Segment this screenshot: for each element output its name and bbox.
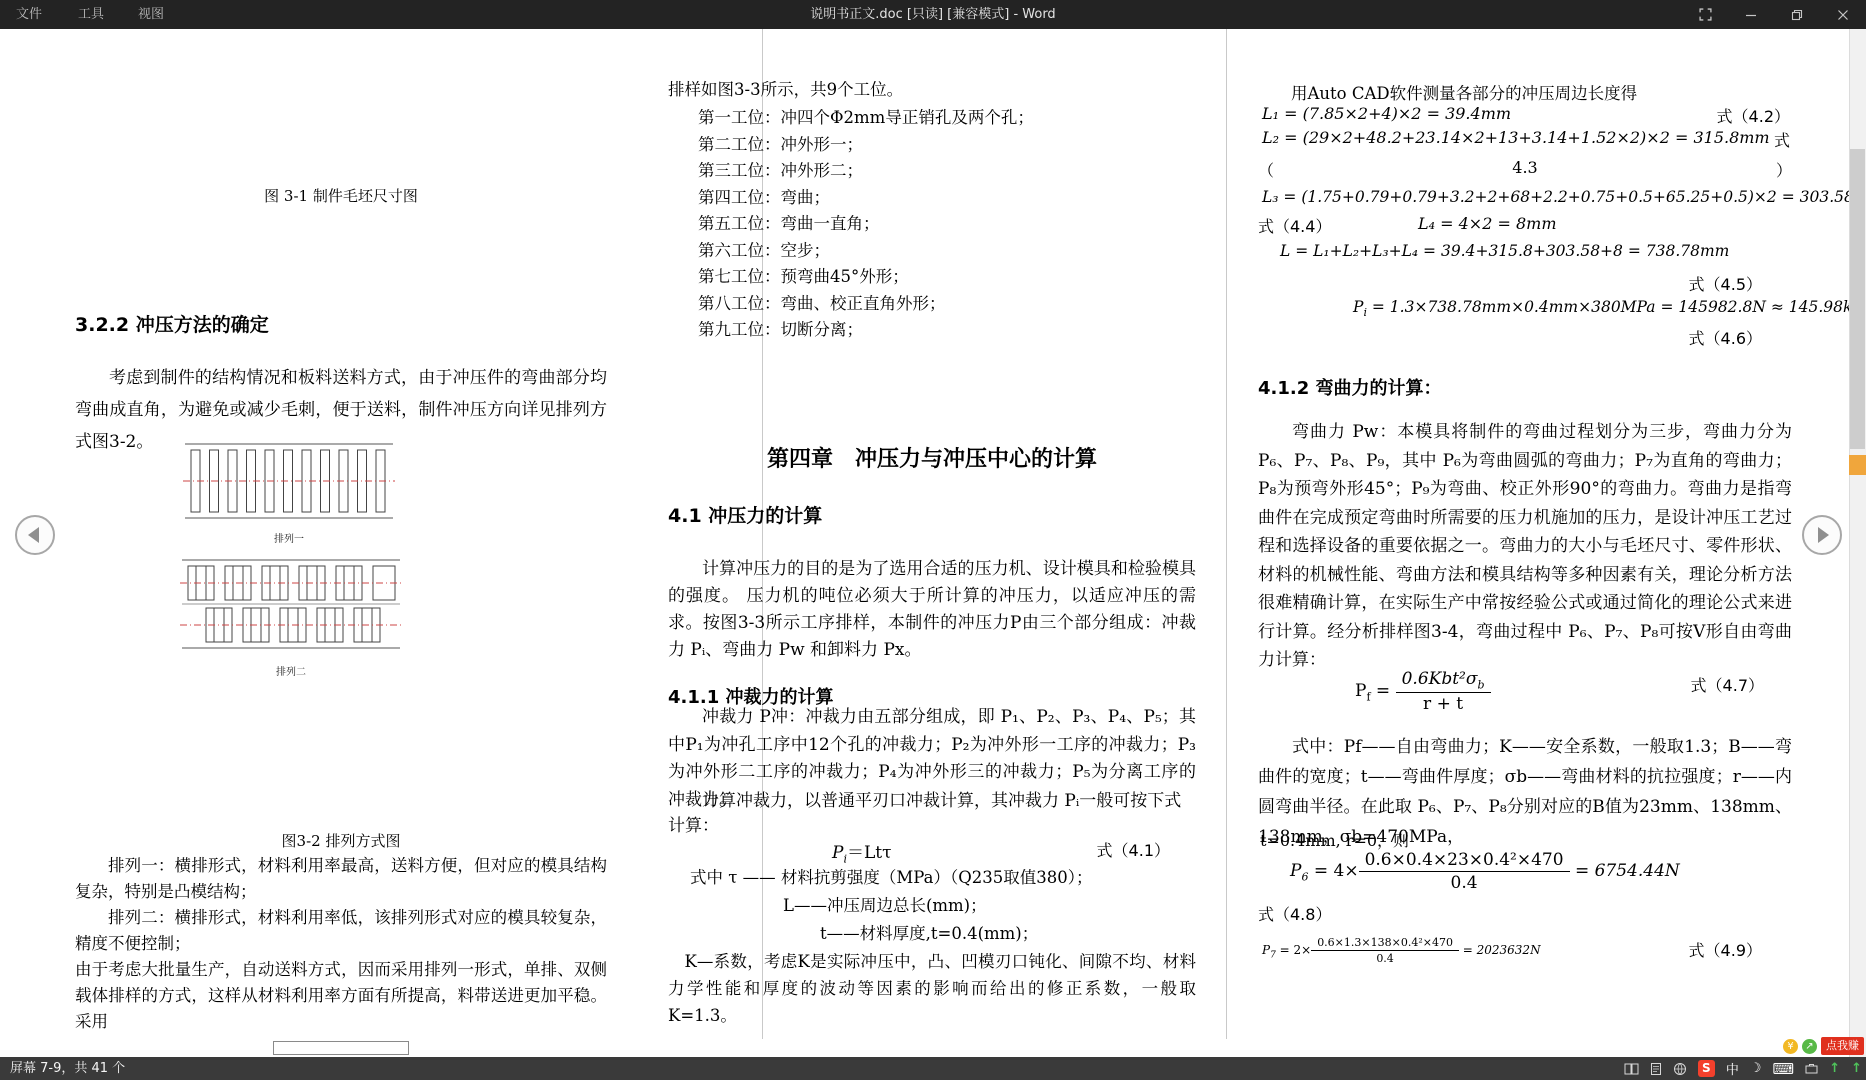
station-item-7: 第七工位：预弯曲45°外形； [668,264,1196,291]
close-button[interactable] [1820,0,1866,29]
formula-4-8-tag: 式（4.8） [1258,902,1331,925]
menu-view[interactable]: 视图 [130,0,172,29]
menu-tools[interactable]: 工具 [70,0,112,29]
next-screen-button[interactable] [1802,515,1842,555]
term-tau-line: 式中 τ —— 材料抗剪强度（MPa）（Q235取值380）； [668,864,1196,888]
chapter-4-heading: 第四章 冲压力与冲压中心的计算 [668,442,1196,473]
tag-number: 4.3 [1512,158,1537,181]
arrow-right-icon [1818,527,1829,543]
ime-chinese-mode[interactable]: 中 [1726,1059,1739,1078]
web-layout-icon [1673,1062,1687,1076]
screen-info: 屏幕 7-9，共 41 个 [10,1057,125,1080]
paragraph-4-1: 计算冲压力的目的是为了选用合适的压力机、设计模具和检验模具的强度。 压力机的吨位… [668,556,1196,664]
formula-4-3-tag-wrap: （ 4.3 ） [1258,158,1792,181]
horizontal-scrollbar-thumb[interactable] [273,1041,409,1055]
formula-4-7-tag: 式（4.7） [1691,673,1764,696]
tray-upload-icon-2[interactable]: ↑ [1851,1061,1862,1076]
station-item-4: 第四工位：弯曲； [668,185,1196,212]
term-t-line: t——材料厚度,t=0.4(mm)； [668,920,1196,944]
ime-keyboard-icon[interactable]: ⌨ [1773,1060,1795,1078]
paragraph-4-1-2: 弯曲力 Pw：本模具将制件的弯曲过程划分为三步，弯曲力分为 P₆、P₇、P₈、P… [1258,418,1792,675]
formula-Pi-result: Pi = 1.3×738.78mm×0.4mm×380MPa = 145982.… [1353,298,1866,319]
figure-3-1-caption: 图 3-1 制件毛坯尺寸图 [75,185,607,206]
read-mode-icon [1624,1062,1639,1075]
formula-4-9-tag: 式（4.9） [1689,938,1762,961]
formula-4-7: Pf = 0.6Kbt²σbr + t [1355,669,1491,714]
sogou-ime-icon[interactable]: S [1698,1060,1715,1077]
formula-4-2-tag: 式（4.2） [1717,104,1790,127]
close-icon [1837,9,1849,21]
formula-4-9-row: P7 = 2×0.6×1.3×138×0.4²×4700.4 = 2023632… [1258,932,1792,968]
tray-upload-icon-1[interactable]: ↑ [1829,1061,1840,1076]
ime-toolbox-icon[interactable] [1805,1060,1818,1078]
minimize-button[interactable] [1728,0,1774,29]
restore-icon [1791,9,1803,21]
formula-4-1-tag: 式（4.1） [1097,838,1170,861]
station-item-6: 第六工位：空步； [668,238,1196,265]
tag-open-paren: （ [1258,158,1274,181]
station-item-3: 第三工位：冲外形二； [668,158,1196,185]
scrollbar-position-marker[interactable] [1849,455,1866,475]
formula-4-2-row: L₁ = (7.85×2+4)×2 = 39.4mm 式（4.2） [1258,104,1792,128]
formula-4-4-tag: 式（4.4） [1258,214,1331,237]
lead-line: 排样如图3-3所示，共9个工位。 [668,76,1196,100]
print-layout-button[interactable] [1650,1060,1662,1078]
ad-badge[interactable]: 点我赚 [1821,1037,1864,1055]
station-list: 第一工位：冲四个Φ2mm导正销孔及两个孔； 第二工位：冲外形一； 第三工位：冲外… [668,105,1196,344]
scrollbar-thumb[interactable] [1850,149,1865,449]
ime-night-mode-icon[interactable]: ☽ [1750,1061,1762,1076]
term-L-line: L——冲压周边总长(mm)； [668,892,1196,916]
figure-row1-label: 排列一 [183,530,395,545]
formula-4-7-row: Pf = 0.6Kbt²σbr + t 式（4.7） [1258,655,1792,711]
web-layout-button[interactable] [1673,1060,1687,1078]
print-layout-icon [1650,1062,1662,1076]
station-item-2: 第二工位：冲外形一； [668,132,1196,159]
window-title: 说明书正文.doc [只读] [兼容模式] - Word [0,0,1866,29]
expand-icon [1699,8,1712,21]
coin-icon[interactable]: ¥ [1783,1039,1798,1054]
paragraph-adopt: 由于考虑大批量生产，自动送料方式，因而采用排列一形式，单排、双侧载体排样的方式，… [75,957,607,1035]
formula-4-3: L₂ = (29×2+48.2+23.14×2+13+3.14+1.52×2)×… [1262,128,1770,147]
station-item-9: 第九工位：切断分离； [668,317,1196,344]
toolbox-icon [1805,1063,1818,1074]
measure-intro: 用Auto CAD软件测量各部分的冲压周边长度得 [1258,80,1792,104]
formula-4-2: L₁ = (7.85×2+4)×2 = 39.4mm [1262,104,1511,123]
formula-L-total: L = L₁+L₂+L₃+L₄ = 39.4+315.8+303.58+8 = … [1280,242,1729,260]
formula-4-9: P7 = 2×0.6×1.3×138×0.4²×4700.4 = 2023632… [1262,936,1541,965]
arrow-left-icon [28,527,39,543]
formula-4-1-row: Pi＝Ltτ 式（4.1） [668,838,1196,866]
paragraph-row1: 排列一：横排形式，材料利用率最高，送料方便，但对应的模具结构复杂，特别是凸模结构… [75,853,607,905]
condition-line: t=0.4mm, r=0，则 [1260,828,1409,851]
tag-close-paren: ） [1776,158,1792,181]
vertical-scrollbar[interactable] [1849,29,1866,1057]
autohide-ribbon-button[interactable] [1682,0,1728,29]
figure-row2-label: 排列二 [180,663,402,678]
paragraph-K: K—系数，考虑K是实际冲压中，凸、凹模刃口钝化、间隙不均、材料力学性能和厚度的波… [668,948,1196,1029]
restore-button[interactable] [1774,0,1820,29]
status-icons: S 中 ☽ ⌨ ↑ ↑ [1624,1057,1862,1080]
formula-4-5-tag: 式（4.5） [1258,272,1792,295]
formula-4-3-row: L₂ = (29×2+48.2+23.14×2+13+3.14+1.52×2)×… [1258,128,1792,152]
formula-4-4: L₄ = 4×2 = 8mm [1418,214,1556,233]
menu-file[interactable]: 文件 [8,0,50,29]
formula-4-6-tag: 式（4.6） [1258,326,1792,349]
prev-screen-button[interactable] [15,515,55,555]
formula-4-4-row: 式（4.4） L₄ = 4×2 = 8mm [1258,214,1792,238]
station-item-5: 第五工位：弯曲一直角； [668,211,1196,238]
figure-3-2-caption: 图3-2 排列方式图 [75,830,607,851]
station-item-1: 第一工位：冲四个Φ2mm导正销孔及两个孔； [668,105,1196,132]
station-item-8: 第八工位：弯曲、校正直角外形； [668,291,1196,318]
minimize-icon [1745,9,1757,21]
heading-4-1: 4.1 冲压力的计算 [668,501,822,528]
formula-4-8: P6 = 4×0.6×0.4×23×0.4²×4700.4 = 6754.44N [1290,850,1680,893]
sprout-icon[interactable]: ↗ [1802,1039,1817,1054]
heading-3-2-2: 3.2.2 冲压方法的确定 [75,310,269,337]
page-separator-right [1226,29,1227,1039]
strip-layout-figure-2 [180,552,402,654]
status-bar: 屏幕 7-9，共 41 个 S 中 ☽ ⌨ [0,1057,1866,1080]
word-fullscreen-window: { "window": { "menus": { "file": "文件", "… [0,0,1866,1080]
formula-4-1: Pi＝Ltτ [832,838,892,865]
read-mode-button[interactable] [1624,1060,1639,1078]
strip-layout-figure-1 [183,434,395,528]
formula-4-4-L3: L₃ = (1.75+0.79+0.79+3.2+2+68+2.2+0.75+0… [1262,188,1866,206]
heading-4-1-2: 4.1.2 弯曲力的计算： [1258,374,1442,400]
paragraph-row2: 排列二：横排形式，材料利用率低，该排列形式对应的模具较复杂，精度不便控制； [75,905,607,957]
ad-overlay[interactable]: ¥ ↗ 点我赚 [1783,1036,1864,1056]
title-bar: 文件 工具 视图 说明书正文.doc [只读] [兼容模式] - Word [0,0,1866,29]
paragraph-4-1-1b: 计算冲裁力，以普通平刃口冲裁计算，其冲裁力 Pᵢ一般可按下式计算： [668,786,1196,836]
formula-4-3-tag: 式 [1774,128,1790,151]
